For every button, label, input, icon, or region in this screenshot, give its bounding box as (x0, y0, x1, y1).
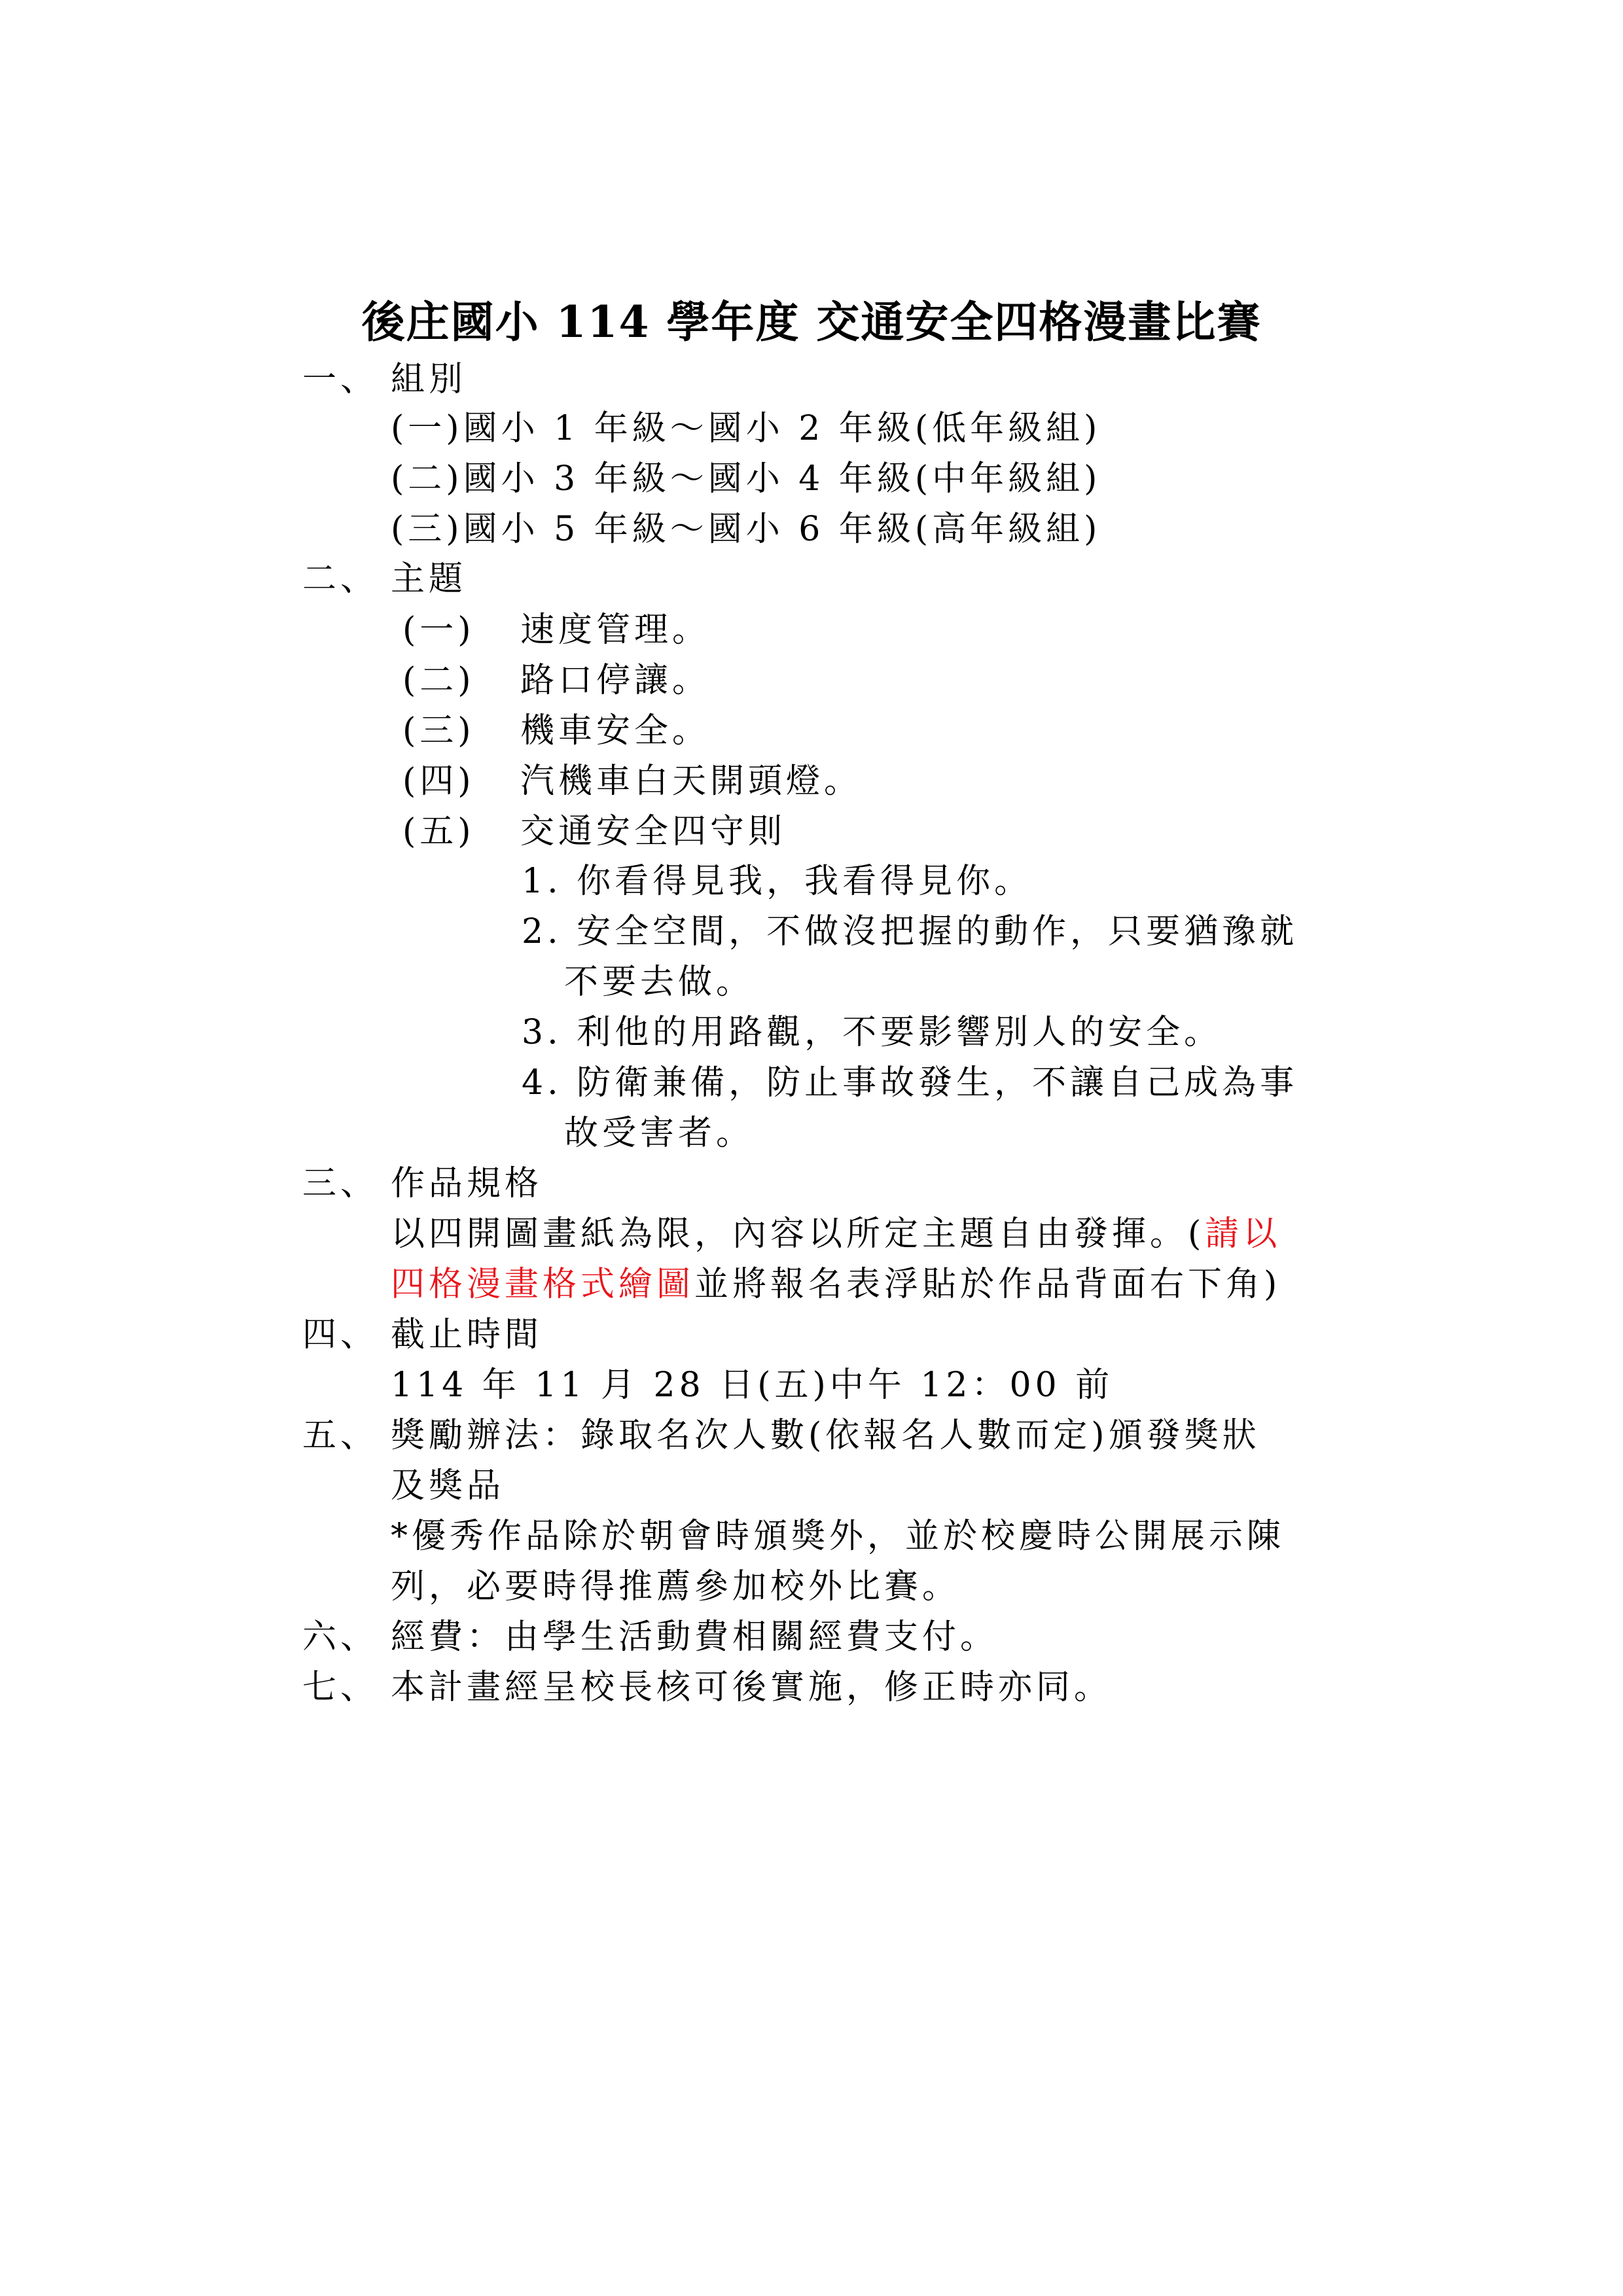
section-heading: 截止時間 (391, 1315, 543, 1354)
section-number: 五、 (302, 1413, 391, 1458)
spec-text: 並將報名表浮貼於作品背面右下角) (694, 1265, 1281, 1304)
section-1-heading: 一、組別 (302, 357, 467, 402)
section-number: 六、 (302, 1614, 391, 1660)
award-note: *優秀作品除於朝會時頒獎外，並於校慶時公開展示陳 (391, 1513, 1285, 1559)
deadline-text: 114 年 11 月 28 日(五)中午 12：00 前 (391, 1362, 1113, 1408)
theme-text: 速度管理。 (520, 610, 710, 650)
section-number: 一、 (302, 357, 391, 402)
section-number: 三、 (302, 1161, 391, 1207)
section-5-line: 五、獎勵辦法：錄取名次人數(依報名人數而定)頒發獎狀 (302, 1413, 1260, 1458)
document-page: 後庄國小 114 學年度 交通安全四格漫畫比賽 一、組別 (一)國小 1 年級～… (0, 0, 1623, 2296)
spec-paragraph-line: 四格漫畫格式繪圖並將報名表浮貼於作品背面右下角) (391, 1262, 1281, 1307)
spec-paragraph-line: 以四開圖畫紙為限，內容以所定主題自由發揮。(請以 (391, 1211, 1281, 1257)
document-title: 後庄國小 114 學年度 交通安全四格漫畫比賽 (0, 296, 1623, 348)
section-4-heading: 四、截止時間 (302, 1312, 543, 1358)
spec-highlight: 四格漫畫格式繪圖 (391, 1265, 694, 1304)
section-2-heading: 二、主題 (302, 556, 467, 602)
section-number: 四、 (302, 1312, 391, 1358)
funding-text: 經費：由學生活動費相關經費支付。 (391, 1617, 998, 1657)
rule-item-continued: 不要去做。 (564, 959, 754, 1005)
group-item: (一)國小 1 年級～國小 2 年級(低年級組) (391, 406, 1101, 451)
rule-item: 4. 防衛兼備，防止事故發生，不讓自己成為事 (522, 1060, 1298, 1106)
section-6-line: 六、經費：由學生活動費相關經費支付。 (302, 1614, 998, 1660)
theme-item: (五)交通安全四守則 (402, 809, 786, 855)
rule-item-continued: 故受害者。 (564, 1110, 754, 1156)
section-number: 二、 (302, 556, 391, 602)
section-heading: 組別 (391, 360, 467, 399)
award-text-continued: 及獎品 (391, 1463, 505, 1509)
theme-item: (四)汽機車白天開頭燈。 (402, 758, 862, 804)
section-heading: 作品規格 (391, 1164, 543, 1203)
section-number: 七、 (302, 1665, 391, 1710)
rule-item: 2. 安全空間，不做沒把握的動作，只要猶豫就 (522, 909, 1298, 955)
theme-text: 路口停讓。 (520, 661, 710, 700)
theme-marker: (三) (402, 708, 520, 754)
award-note-continued: 列，必要時得推薦參加校外比賽。 (391, 1564, 960, 1610)
theme-marker: (五) (402, 809, 520, 855)
section-3-heading: 三、作品規格 (302, 1161, 543, 1207)
theme-item: (一)速度管理。 (402, 607, 710, 653)
rule-item: 3. 利他的用路觀，不要影響別人的安全。 (522, 1010, 1222, 1055)
spec-text: 以四開圖畫紙為限，內容以所定主題自由發揮。( (391, 1214, 1205, 1254)
group-item: (二)國小 3 年級～國小 4 年級(中年級組) (391, 456, 1101, 502)
theme-text: 交通安全四守則 (520, 812, 786, 851)
section-7-line: 七、本計畫經呈校長核可後實施，修正時亦同。 (302, 1665, 1112, 1710)
theme-text: 機車安全。 (520, 711, 710, 751)
group-item: (三)國小 5 年級～國小 6 年級(高年級組) (391, 506, 1101, 552)
theme-marker: (二) (402, 658, 520, 703)
spec-highlight: 請以 (1205, 1214, 1281, 1254)
award-text: 獎勵辦法：錄取名次人數(依報名人數而定)頒發獎狀 (391, 1416, 1260, 1455)
theme-marker: (四) (402, 758, 520, 804)
theme-marker: (一) (402, 607, 520, 653)
theme-text: 汽機車白天開頭燈。 (520, 762, 862, 801)
approval-text: 本計畫經呈校長核可後實施，修正時亦同。 (391, 1668, 1112, 1707)
section-heading: 主題 (391, 559, 467, 599)
theme-item: (二)路口停讓。 (402, 658, 710, 703)
rule-item: 1. 你看得見我，我看得見你。 (522, 858, 1032, 904)
theme-item: (三)機車安全。 (402, 708, 710, 754)
